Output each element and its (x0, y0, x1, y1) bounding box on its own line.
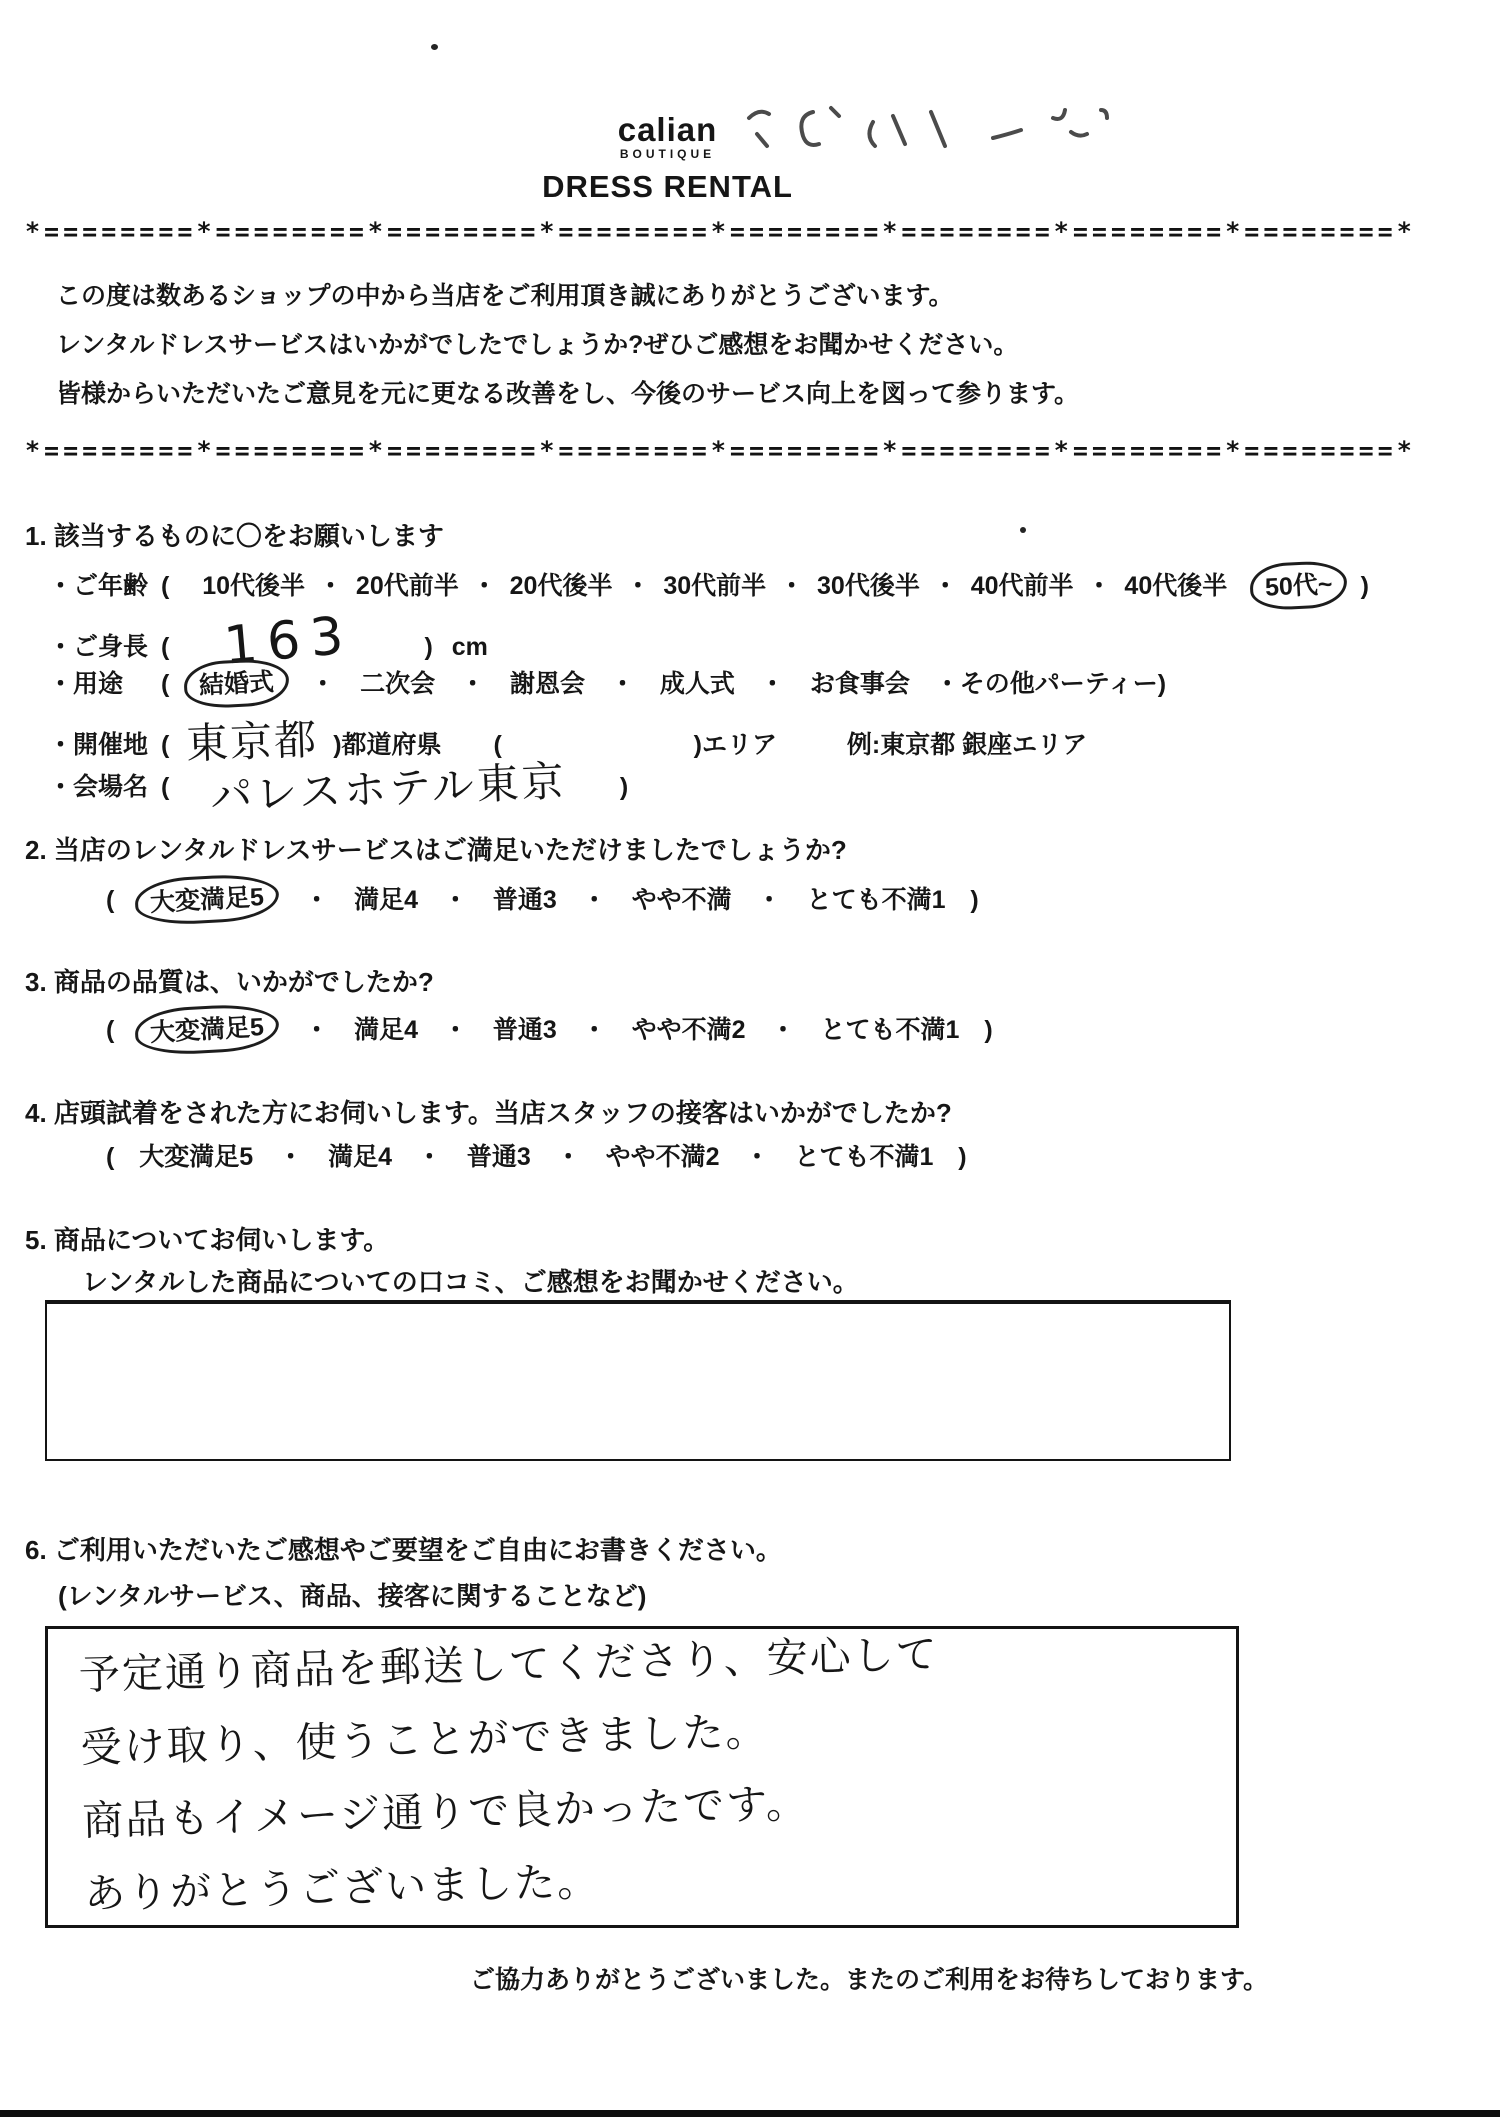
q1-purpose-label: ・用途 (48, 664, 154, 700)
handwritten-scribble (735, 82, 1115, 172)
separator-top: *========*========*========*========*===… (25, 217, 1416, 246)
q2-selected-circle: 大変満足5 (134, 872, 280, 926)
paren-open: ( (161, 773, 169, 801)
q6-handwritten-feedback: 予定通り商品を郵送してくださり、安心して 受け取り、使うことができました。 商品… (78, 1618, 945, 1931)
q2-options-row: ( 大変満足5 ・ 満足4 ・ 普通3 ・ やや不満 ・ とても不満1 ) (106, 876, 979, 923)
intro-paragraph: この度は数あるショップの中から当店をご利用頂き誠にありがとうございます。 レンタ… (56, 272, 1079, 419)
q1-location-example: 例:東京都 銀座エリア (847, 731, 1087, 759)
q3-title: 3. 商品の品質は、いかがでしたか? (25, 962, 434, 999)
q1-location-close-2: )エリア (694, 731, 777, 759)
q1-venue-handwritten-value: パレスホテル東京 (209, 748, 568, 823)
scan-edge-artifact (0, 2110, 1500, 2117)
q6-subtitle: (レンタルサービス、商品、接客に関することなど) (58, 1576, 646, 1613)
q6-title: 6. ご利用いただいたご感想やご要望をご自由にお書きください。 (25, 1530, 782, 1567)
q4-options-row: ( 大変満足5 ・ 満足4 ・ 普通3 ・ やや不満2 ・ とても不満1 ) (106, 1137, 967, 1173)
q5-answer-box (45, 1300, 1231, 1461)
q1-height-label: ・ご身長 (48, 627, 154, 663)
paren-close: ) (424, 633, 432, 661)
q3-options-row: ( 大変満足5 ・ 満足4 ・ 普通3 ・ やや不満2 ・ とても不満1 ) (106, 1006, 993, 1053)
footer-note: ご協力ありがとうございました。またのご利用をお待ちしております。 (470, 1960, 1268, 1996)
paren-close: ) (620, 773, 628, 801)
scan-speck (431, 44, 438, 50)
q1-purpose-selected-circle: 結婚式 (183, 657, 290, 709)
q1-title: 1. 該当するものに〇をお願いします (25, 516, 444, 553)
paren-open: ( (161, 633, 169, 661)
page-title: DRESS RENTAL (520, 169, 815, 205)
paren-close: ) (1361, 572, 1369, 600)
q1-venue-label: ・会場名 (48, 767, 154, 803)
paren-open: ( (161, 572, 169, 600)
q3-selected-circle: 大変満足5 (134, 1002, 280, 1056)
q2-options: ・ 満足4 ・ 普通3 ・ やや不満 ・ とても不満1 ) (304, 886, 979, 914)
q5-subtitle: レンタルした商品についての口コミ、ご感想をお聞かせください。 (82, 1262, 859, 1299)
q1-age-row: ・ご年齢 ( 10代後半 ・ 20代前半 ・ 20代後半 ・ 30代前半 ・ 3… (48, 562, 1369, 609)
q2-title: 2. 当店のレンタルドレスサービスはご満足いただけましたでしょうか? (25, 830, 847, 867)
intro-line-2: レンタルドレスサービスはいかがでしたでしょうか?ぜひご感想をお聞かせください。 (56, 321, 1079, 370)
q1-purpose-options: ・ 二次会 ・ 謝恩会 ・ 成人式 ・ お食事会 ・その他パーティー) (310, 670, 1166, 698)
intro-line-3: 皆様からいただいたご意見を元に更なる改善をし、今後のサービス向上を図って参ります… (56, 370, 1079, 419)
q4-title: 4. 店頭試着をされた方にお伺いします。当店スタッフの接客はいかがでしたか? (25, 1093, 952, 1130)
q1-age-options: 10代後半 ・ 20代前半 ・ 20代後半 ・ 30代前半 ・ 30代後半 ・ … (202, 572, 1227, 600)
separator-bottom: *========*========*========*========*===… (25, 436, 1416, 465)
paren-open: ( (106, 1016, 114, 1044)
q1-height-row: ・ご身長 ( 163 ) cm (48, 608, 488, 664)
q5-title: 5. 商品についてお伺いします。 (25, 1220, 389, 1257)
scanned-survey-form: calian BOUTIQUE DRESS RENTAL *========*=… (0, 0, 1500, 2127)
q1-age-label: ・ご年齢 (48, 566, 154, 602)
intro-line-1: この度は数あるショップの中から当店をご利用頂き誠にありがとうございます。 (56, 272, 1079, 321)
paren-open: ( (106, 886, 114, 914)
q1-venue-row: ・会場名 ( パレスホテル東京 ) (48, 748, 628, 818)
q1-age-selected-circle: 50代~ (1249, 559, 1349, 611)
q3-options: ・ 満足4 ・ 普通3 ・ やや不満2 ・ とても不満1 ) (304, 1016, 993, 1044)
paren-open: ( (161, 670, 169, 698)
q6-answer-box: 予定通り商品を郵送してくださり、安心して 受け取り、使うことができました。 商品… (45, 1626, 1239, 1928)
q1-height-unit: cm (452, 633, 488, 661)
q1-purpose-row: ・用途 ( 結婚式 ・ 二次会 ・ 謝恩会 ・ 成人式 ・ お食事会 ・その他パ… (48, 660, 1166, 707)
scan-speck (1020, 527, 1026, 533)
